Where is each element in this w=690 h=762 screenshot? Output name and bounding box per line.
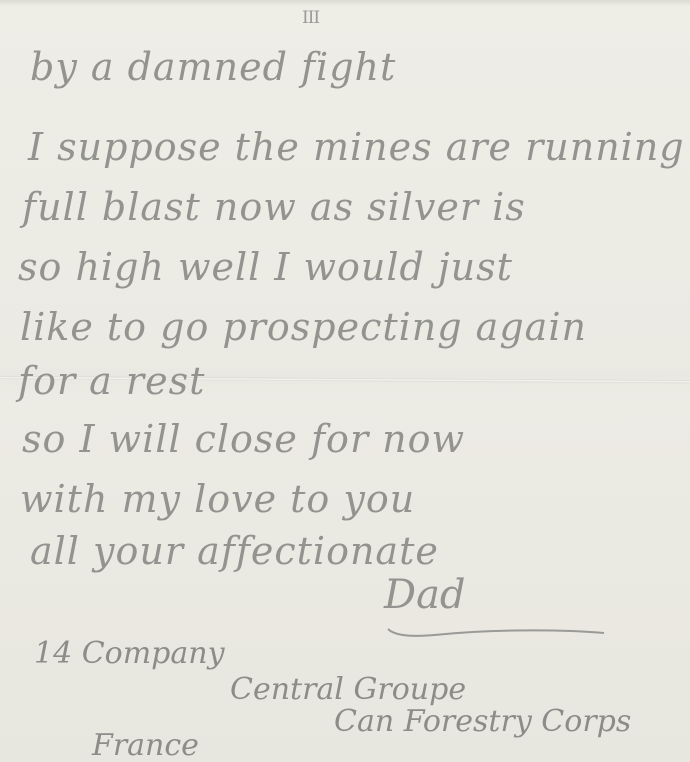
letter-line: all your affectionate [30,532,439,570]
letter-line: like to go prospecting again [20,308,587,346]
address-corps: Can Forestry Corps [334,704,631,739]
page-number: III [302,8,319,28]
letter-page: III by a damned fight I suppose the mine… [0,0,690,762]
letter-line: for a rest [18,362,205,400]
letter-line: full blast now as silver is [22,188,526,226]
letter-line: so I will close for now [22,420,465,458]
address-country: France [92,728,199,762]
address-unit: 14 Company [34,636,225,671]
signature-underline [386,625,606,639]
letter-line: with my love to you [20,480,415,518]
letter-line: by a damned fight [30,48,396,86]
letter-line: I suppose the mines are running [28,128,685,166]
signature: Dad [384,572,466,618]
letter-line: so high well I would just [18,248,513,286]
address-group: Central Groupe [230,672,466,707]
